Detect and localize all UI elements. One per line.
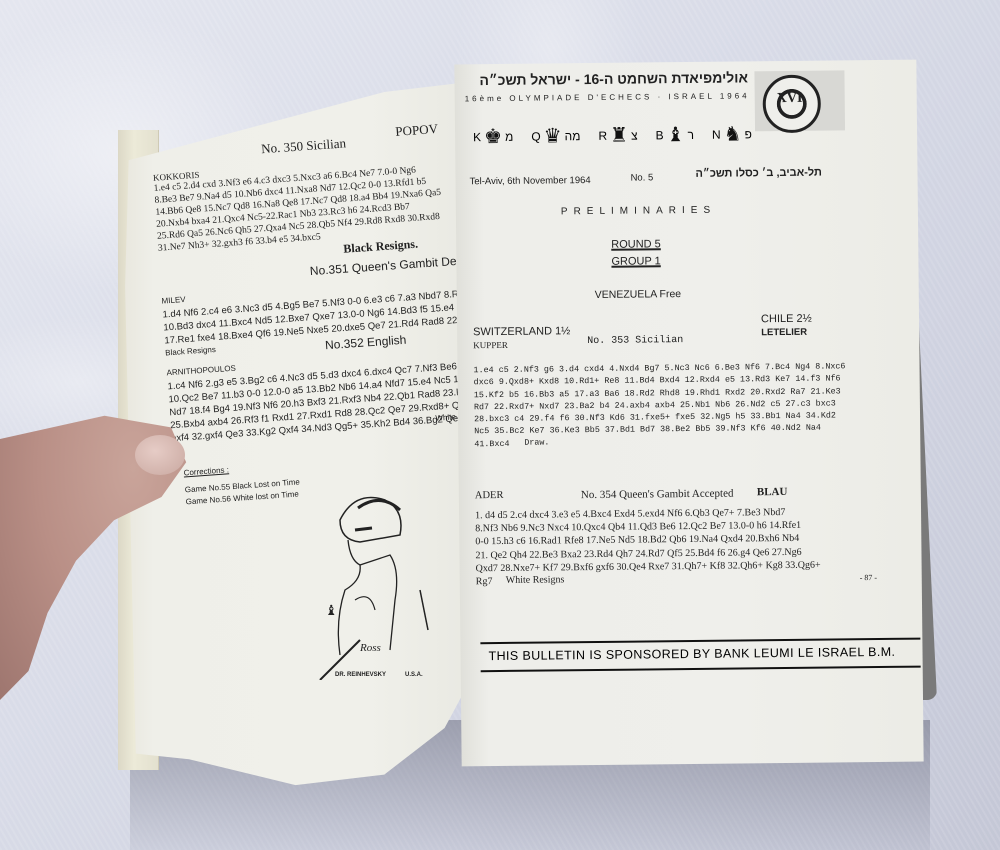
round-label: ROUND 5 <box>611 238 661 251</box>
knight-hebrew: פ <box>744 127 751 141</box>
bishop-hebrew: ר <box>687 127 694 141</box>
game-354-result: White Resigns <box>506 574 565 586</box>
match-team-right: CHILE 2½ <box>761 313 812 326</box>
sponsor-banner: THIS BULLETIN IS SPONSORED BY BANK LEUMI… <box>480 638 920 673</box>
queen-icon: ♛ <box>544 123 562 148</box>
knight-letter: N <box>712 127 721 141</box>
legend-king: K ♚ מ <box>473 124 513 149</box>
game-353-black-player: LETELIER <box>761 327 807 338</box>
group-label: GROUP 1 <box>611 255 660 268</box>
page-number: - 87 - <box>860 573 877 582</box>
game-353-white-player: KUPPER <box>473 340 508 350</box>
chess-piece-legend: K ♚ מ Q ♛ מה R ♜ צ B ♝ ר N ♞ פ <box>473 121 752 149</box>
illustration-caption-country: U.S.A. <box>405 672 423 678</box>
rook-hebrew: צ <box>631 128 638 142</box>
right-page: אולימפיאדת השחמט ה-16 - ישראל תשכ״ה 16èm… <box>454 60 923 767</box>
bishop-letter: B <box>656 128 664 142</box>
caricature-illustration: ♝ Ross <box>300 480 440 680</box>
game-354-white-player: ADER <box>475 490 504 501</box>
match-team-left: SWITZERLAND 1½ <box>473 325 570 338</box>
king-letter: K <box>473 130 481 144</box>
bulletin-title-hebrew: אולימפיאדת השחמט ה-16 - ישראל תשכ״ה <box>479 69 749 88</box>
legend-queen: Q ♛ מה <box>531 123 580 149</box>
bye-team: VENEZUELA Free <box>595 288 681 301</box>
game-350-title: No. 350 Sicilian <box>261 135 347 157</box>
game-353-title: No. 353 Sicilian <box>587 335 683 347</box>
section-title: PRELIMINARIES <box>561 205 716 218</box>
sponsor-text: THIS BULLETIN IS SPONSORED BY BANK LEUMI… <box>488 645 895 663</box>
legend-rook: R ♜ צ <box>598 123 637 148</box>
illustration-signature: Ross <box>360 642 381 654</box>
bulletin-title-french: 16ème OLYMPIADE D'ECHECS · ISRAEL 1964 <box>465 91 750 103</box>
game-354-black-player: BLAU <box>757 486 788 498</box>
place-date: Tel-Aviv, 6th November 1964 <box>470 175 591 187</box>
king-icon: ♚ <box>484 124 502 149</box>
illustration-caption-name: DR. REINHEVSKY <box>335 672 386 678</box>
olympiad-logo: XVI <box>754 70 845 131</box>
knight-icon: ♞ <box>723 121 741 146</box>
hebrew-date: תל-אביב, ב׳ כסלו תשכ״ה <box>695 167 821 180</box>
thumbnail <box>135 435 185 475</box>
game-352-title: No.352 English <box>325 333 407 353</box>
game-354-title: No. 354 Queen's Gambit Accepted <box>581 488 734 502</box>
queen-letter: Q <box>531 129 540 143</box>
rook-letter: R <box>598 128 607 142</box>
king-hebrew: מ <box>505 129 513 143</box>
rook-icon: ♜ <box>610 123 628 148</box>
game-350-black-player: POPOV <box>395 121 439 140</box>
svg-text:♝: ♝ <box>325 603 338 619</box>
game-351-white-player: MILEV <box>161 295 186 306</box>
logo-label: XVI <box>777 91 803 107</box>
legend-bishop: B ♝ ר <box>655 122 694 147</box>
legend-knight: N ♞ פ <box>712 121 752 146</box>
bishop-icon: ♝ <box>666 122 684 147</box>
game-353-result: Draw. <box>524 437 549 447</box>
corrections-heading: Corrections : <box>183 465 229 477</box>
issue-number: No. 5 <box>630 172 653 183</box>
queen-hebrew: מה <box>565 129 581 143</box>
